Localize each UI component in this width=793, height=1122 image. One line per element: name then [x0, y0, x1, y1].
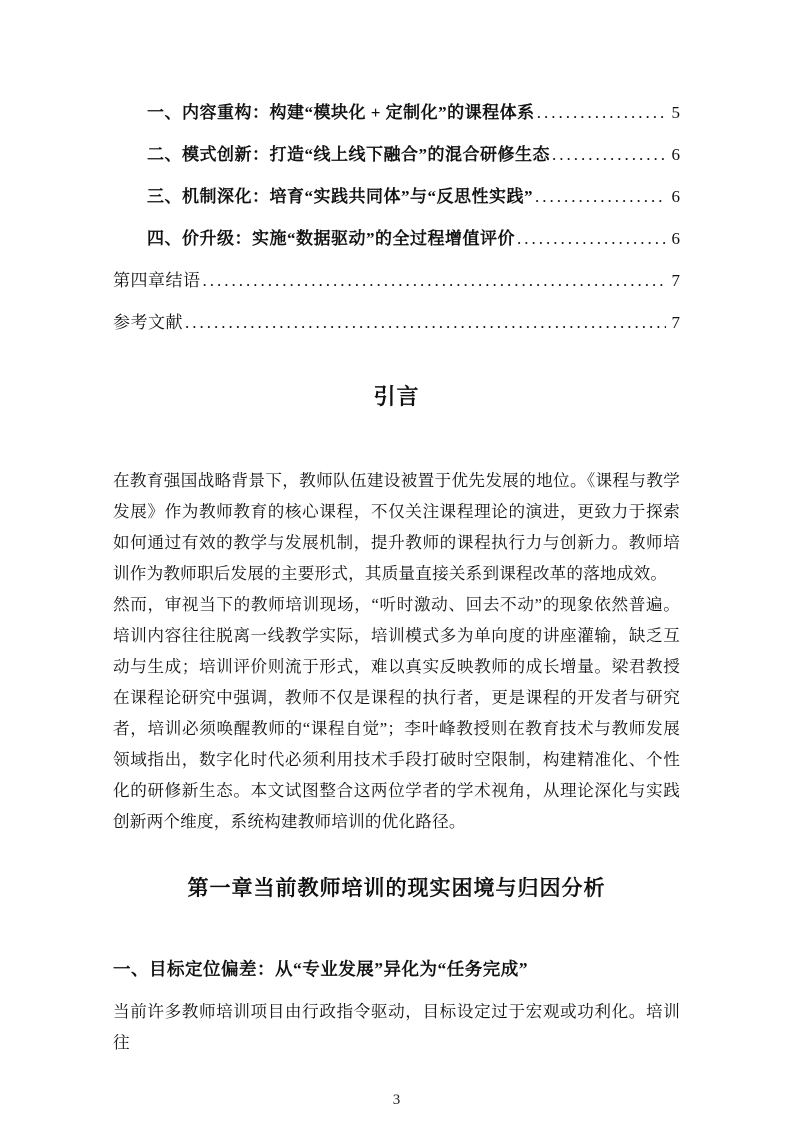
toc-leader-dots [537, 92, 666, 134]
toc-leader-dots [552, 134, 666, 176]
page-number: 3 [0, 1092, 793, 1109]
toc-entry[interactable]: 一、内容重构：构建“模块化 + 定制化”的课程体系 5 [113, 92, 680, 134]
toc-entry[interactable]: 三、机制深化：培育“实践共同体”与“反思性实践” 6 [113, 176, 680, 218]
toc-leader-dots [535, 176, 666, 218]
toc-page-number: 7 [672, 302, 681, 344]
toc-entry-label: 三、机制深化：培育“实践共同体”与“反思性实践” [147, 176, 533, 218]
toc-entry-label: 二、模式创新：打造“线上线下融合”的混合研修生态 [147, 134, 550, 176]
chapter1-subheading: 一、目标定位偏差：从“专业发展”异化为“任务完成” [113, 959, 680, 980]
toc-page-number: 5 [672, 92, 681, 134]
toc-leader-dots [185, 302, 666, 344]
toc-entry[interactable]: 第四章结语 7 [113, 260, 680, 302]
chapter1-heading: 第一章当前教师培训的现实困境与归因分析 [113, 875, 680, 903]
intro-paragraph: 然而，审视当下的教师培训现场，“听时激动、回去不动”的现象依然普遍。培训内容往往… [113, 589, 680, 837]
table-of-contents: 一、内容重构：构建“模块化 + 定制化”的课程体系 5 二、模式创新：打造“线上… [113, 92, 680, 344]
toc-entry-label: 四、价升级：实施“数据驱动”的全过程增值评价 [147, 218, 515, 260]
document-page: 一、内容重构：构建“模块化 + 定制化”的课程体系 5 二、模式创新：打造“线上… [0, 0, 793, 1122]
toc-entry[interactable]: 参考文献 7 [113, 302, 680, 344]
toc-entry[interactable]: 二、模式创新：打造“线上线下融合”的混合研修生态 6 [113, 134, 680, 176]
intro-paragraph: 在教育强国战略背景下，教师队伍建设被置于优先发展的地位。《课程与教学发展》作为教… [113, 465, 680, 589]
toc-leader-dots [203, 260, 666, 302]
toc-page-number: 7 [672, 260, 681, 302]
chapter1-paragraph: 当前许多教师培训项目由行政指令驱动，目标设定过于宏观或功利化。培训往 [113, 996, 680, 1058]
toc-page-number: 6 [672, 218, 681, 260]
toc-entry-label: 一、内容重构：构建“模块化 + 定制化”的课程体系 [147, 92, 535, 134]
toc-entry-label: 第四章结语 [113, 260, 201, 302]
toc-entry-label: 参考文献 [113, 302, 183, 344]
toc-page-number: 6 [672, 134, 681, 176]
toc-leader-dots [517, 218, 666, 260]
toc-entry[interactable]: 四、价升级：实施“数据驱动”的全过程增值评价 6 [113, 218, 680, 260]
intro-heading: 引言 [113, 385, 680, 409]
toc-page-number: 6 [672, 176, 681, 218]
